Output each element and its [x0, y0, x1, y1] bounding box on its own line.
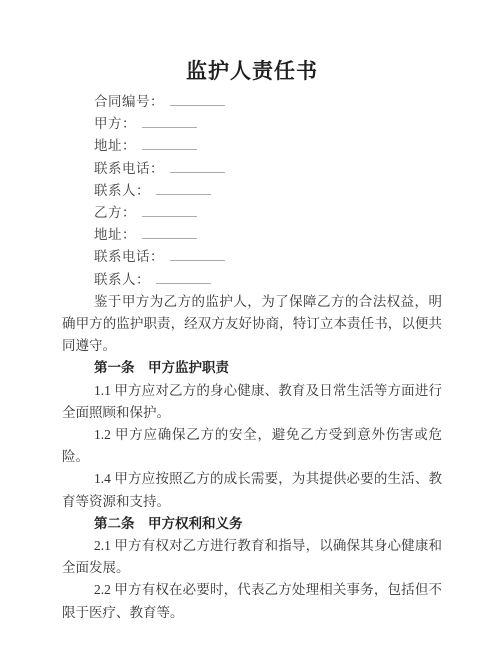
- blank-line: [170, 160, 225, 173]
- field-party-b-address: 地址：: [62, 224, 442, 246]
- section-1-heading: 第一条 甲方监护职责: [62, 357, 442, 379]
- preamble-paragraph: 鉴于甲方为乙方的监护人，为了保障乙方的合法权益，明确甲方的监护职责，经双方友好协…: [62, 291, 442, 358]
- clause-2-2: 2.2 甲方有权在必要时，代表乙方处理相关事务，包括但不限于医疗、教育等。: [62, 579, 442, 623]
- field-party-a-phone: 联系电话：: [62, 158, 442, 180]
- field-party-b-contact: 联系人：: [62, 269, 442, 291]
- blank-line: [170, 93, 225, 106]
- blank-line: [142, 115, 197, 128]
- field-party-a-address: 地址：: [62, 135, 442, 157]
- section-2-heading: 第二条 甲方权利和义务: [62, 513, 442, 535]
- field-label-party-b-contact: 联系人：: [94, 272, 150, 287]
- guardian-responsibility-document: 监护人责任书 合同编号： 甲方： 地址： 联系电话： 联系人： 乙方： 地址：: [0, 0, 500, 624]
- field-label-party-a: 甲方：: [94, 116, 136, 131]
- clause-1-2: 1.2 甲方应确保乙方的安全，避免乙方受到意外伤害或危险。: [62, 424, 442, 468]
- clause-2-1: 2.1 甲方有权对乙方进行教育和指导，以确保其身心健康和全面发展。: [62, 535, 442, 579]
- field-contract-number: 合同编号：: [62, 91, 442, 113]
- blank-line: [156, 271, 211, 284]
- field-party-b-phone: 联系电话：: [62, 246, 442, 268]
- field-party-b: 乙方：: [62, 202, 442, 224]
- clause-1-1: 1.1 甲方应对乙方的身心健康、教育及日常生活等方面进行全面照顾和保护。: [62, 380, 442, 424]
- field-label-party-b-phone: 联系电话：: [94, 249, 164, 264]
- form-fields: 合同编号： 甲方： 地址： 联系电话： 联系人： 乙方： 地址： 联系电话：: [62, 91, 442, 291]
- field-label-party-a-address: 地址：: [94, 138, 136, 153]
- field-label-contract-number: 合同编号：: [94, 94, 164, 109]
- clause-1-4: 1.4 甲方应按照乙方的成长需要，为其提供必要的生活、教育等资源和支持。: [62, 468, 442, 512]
- field-label-party-a-phone: 联系电话：: [94, 161, 164, 176]
- field-label-party-b: 乙方：: [94, 205, 136, 220]
- field-label-party-b-address: 地址：: [94, 227, 136, 242]
- blank-line: [142, 204, 197, 217]
- field-party-a: 甲方：: [62, 113, 442, 135]
- field-party-a-contact: 联系人：: [62, 180, 442, 202]
- field-label-party-a-contact: 联系人：: [94, 183, 150, 198]
- blank-line: [170, 248, 225, 261]
- blank-line: [142, 226, 197, 239]
- document-page: 监护人责任书 合同编号： 甲方： 地址： 联系电话： 联系人： 乙方： 地址：: [0, 0, 500, 647]
- blank-line: [156, 182, 211, 195]
- document-title: 监护人责任书: [62, 59, 442, 84]
- blank-line: [142, 137, 197, 150]
